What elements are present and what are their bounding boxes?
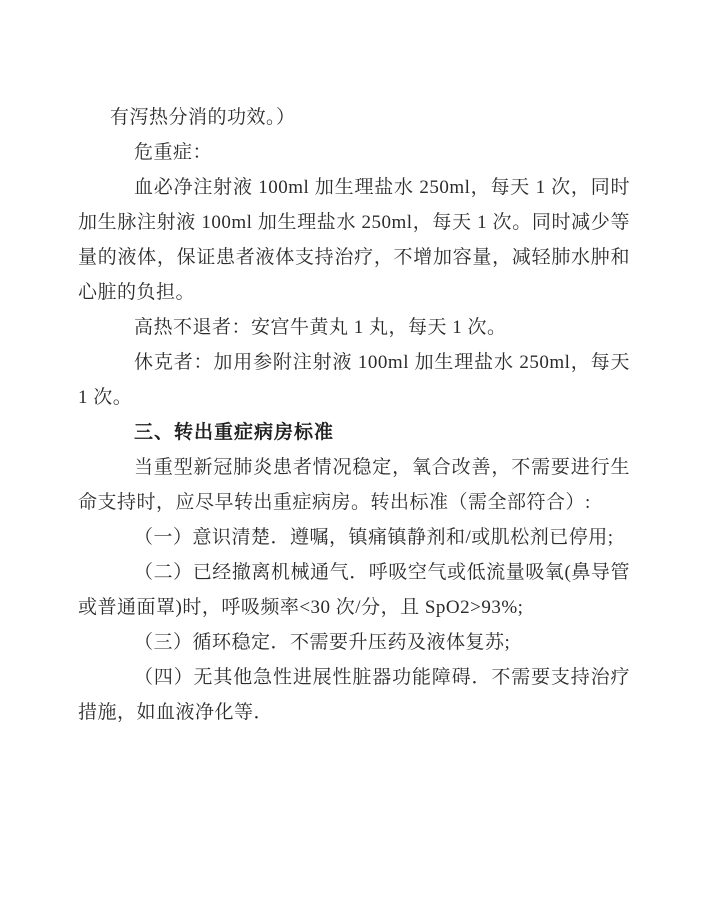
paragraph: 当重型新冠肺炎患者情况稳定，氧合改善，不需要进行生命支持时，应尽早转出重症病房。… <box>78 450 630 520</box>
paragraph: 高热不退者：安宫牛黄丸 1 丸，每天 1 次。 <box>78 310 630 345</box>
paragraph: 危重症： <box>78 135 630 170</box>
paragraph: （一）意识清楚．遵嘱，镇痛镇静剂和/或肌松剂已停用; <box>78 520 630 555</box>
document-text-block: 有泻热分消的功效。）危重症：血必净注射液 100ml 加生理盐水 250ml，每… <box>78 100 630 730</box>
section-heading: 三、转出重症病房标准 <box>78 415 630 450</box>
paragraph: 血必净注射液 100ml 加生理盐水 250ml，每天 1 次，同时加生脉注射液… <box>78 170 630 310</box>
paragraph: 有泻热分消的功效。） <box>78 100 630 135</box>
paragraph: （四）无其他急性进展性脏器功能障碍．不需要支持治疗措施，如血液净化等． <box>78 660 630 730</box>
document-page: 有泻热分消的功效。）危重症：血必净注射液 100ml 加生理盐水 250ml，每… <box>0 0 707 904</box>
paragraph: 休克者：加用参附注射液 100ml 加生理盐水 250ml，每天 1 次。 <box>78 345 630 415</box>
paragraph: （三）循环稳定．不需要升压药及液体复苏; <box>78 625 630 660</box>
paragraph: （二）已经撤离机械通气．呼吸空气或低流量吸氧(鼻导管或普通面罩)时，呼吸频率<3… <box>78 555 630 625</box>
